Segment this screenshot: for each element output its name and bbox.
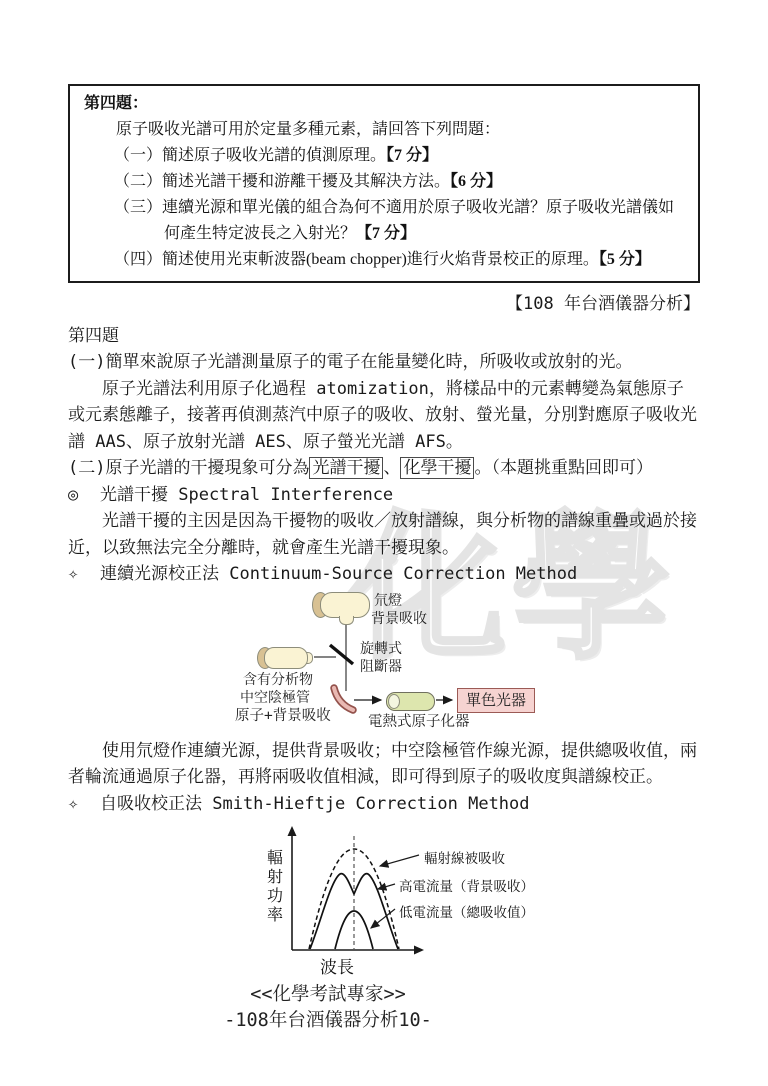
answer-p1-line2: 原子光譜法利用原子化過程 atomization，將樣品中的元素轉變為氣態原子或… — [68, 376, 700, 456]
page-footer: <<化學考試專家>> -108年台酒儀器分析10- — [68, 982, 588, 1034]
hcl-label-line1: 含有分析物 — [243, 672, 313, 688]
diamond-bullet-icon: ✧ — [68, 791, 88, 818]
term-spectral-interference: 光譜干擾 — [309, 457, 383, 479]
atomizer-end-cap — [388, 694, 400, 709]
question-item-4: （四）簡述使用光束斬波器(beam chopper)進行火焰背景校正的原理。【5… — [114, 247, 684, 273]
question-item-1-score: 【7 分】 — [386, 147, 438, 164]
atomizer-label: 電熱式原子化器 — [368, 714, 470, 730]
question-box-intro: 原子吸收光譜可用於定量多種元素，請回答下列問題： — [116, 117, 684, 143]
answer-p4: 使用氘燈作連續光源，提供背景吸收；中空陰極管作線光源，提供總吸收值，兩者輪流通過… — [68, 738, 700, 791]
hcl-label-line3: 原子+背景吸收 — [235, 708, 331, 724]
question-item-1-text: （一）簡述原子吸收光譜的偵測原理。 — [114, 147, 386, 164]
question-item-2-text: （二）簡述光譜干擾和游離干擾及其解決方法。 — [114, 173, 450, 190]
section-continuum-source-title: 連續光源校正法 Continuum-Source Correction Meth… — [100, 564, 577, 584]
document-page: 化學 第四題： 原子吸收光譜可用於定量多種元素，請回答下列問題： （一）簡述原子… — [0, 0, 768, 1086]
question-item-4-text: （四）簡述使用光束斬波器(beam chopper)進行火焰背景校正的原理。 — [114, 251, 599, 268]
double-circle-bullet-icon: ◎ — [68, 482, 88, 509]
section-continuum-source: ✧連續光源校正法 Continuum-Source Correction Met… — [68, 561, 700, 588]
footer-brand: <<化學考試專家>> — [68, 982, 588, 1008]
monochromator-box: 單色光器 — [457, 688, 535, 713]
diamond-bullet-icon: ✧ — [68, 561, 88, 588]
continuum-source-diagram: 氘燈 背景吸收 旋轉式 阻斷器 含有分析物 中空陰極管 原子+背景吸收 電熱式原… — [68, 590, 700, 738]
answer-p2-prefix: (二)原子光譜的干擾現象可分為 — [68, 458, 309, 478]
x-axis-label: 波長 — [320, 953, 354, 978]
bullet-spectral-interference-text: 光譜干擾 Spectral Interference — [100, 485, 393, 505]
rotating-chopper-icon — [330, 645, 353, 664]
plot-drawing — [68, 823, 700, 978]
question-box-title: 第四題： — [84, 91, 684, 117]
high-current-label: 高電流量（背景吸收） — [399, 875, 534, 895]
question-box: 第四題： 原子吸收光譜可用於定量多種元素，請回答下列問題： （一）簡述原子吸收光… — [68, 84, 700, 283]
question-item-3-score: 【7 分】 — [356, 225, 416, 242]
bullet-spectral-interference: ◎光譜干擾 Spectral Interference — [68, 482, 700, 509]
chopper-label-line2: 阻斷器 — [360, 659, 402, 675]
deuterium-lamp-sublabel: 背景吸收 — [371, 611, 427, 627]
chopper-label-line1: 旋轉式 — [360, 641, 402, 657]
section-smith-hieftje: ✧自吸收校正法 Smith-Hieftje Correction Method — [68, 791, 700, 818]
hcl-label-line2: 中空陰極管 — [240, 690, 310, 706]
question-item-1: （一）簡述原子吸收光譜的偵測原理。【7 分】 — [114, 143, 684, 169]
x-axis-arrow-icon — [414, 946, 424, 955]
term-chemical-interference: 化學干擾 — [400, 457, 474, 479]
page-content: 第四題： 原子吸收光譜可用於定量多種元素，請回答下列問題： （一）簡述原子吸收光… — [68, 84, 700, 1034]
question-item-4-score: 【5 分】 — [599, 251, 651, 268]
question-item-2: （二）簡述光譜干擾和游離干擾及其解決方法。【6 分】 — [114, 169, 684, 195]
answer-p2: (二)原子光譜的干擾現象可分為光譜干擾、化學干擾。（本題挑重點回即可） — [68, 455, 700, 482]
question-item-3: （三）連續光源和單光儀的組合為何不適用於原子吸收光譜？原子吸收光譜儀如何產生特定… — [114, 195, 684, 247]
source-attribution: 【108 年台酒儀器分析】 — [68, 291, 700, 317]
low-current-label: 低電流量（總吸收值） — [399, 901, 534, 921]
answer-p3: 光譜干擾的主因是因為干擾物的吸收／放射譜線，與分析物的譜線重疊或過於接近，以致無… — [68, 508, 700, 561]
answer-p1-line1: (一)簡單來說原子光譜測量原子的電子在能量變化時，所吸收或放射的光。 — [68, 349, 700, 376]
section-smith-hieftje-title: 自吸收校正法 Smith-Hieftje Correction Method — [100, 794, 530, 814]
question-item-2-score: 【6 分】 — [450, 173, 502, 190]
answer-heading: 第四題 — [68, 323, 700, 349]
answer-p2-separator: 、 — [383, 458, 400, 478]
hollow-cathode-lamp-icon — [264, 647, 308, 669]
footer-page-id: -108年台酒儀器分析10- — [68, 1008, 588, 1034]
deuterium-lamp-label: 氘燈 — [374, 593, 402, 609]
deuterium-lamp-nozzle — [339, 616, 354, 625]
deuterium-lamp-icon — [320, 592, 370, 618]
answer-p2-suffix: 。（本題挑重點回即可） — [474, 458, 653, 478]
smith-hieftje-plot: 輻射功率 波長 輻射線被吸收 高電流量（背景吸收） 低電流量（總吸收值） — [68, 823, 700, 978]
y-axis-label: 輻射功率 — [264, 848, 286, 924]
dashed-curve-label: 輻射線被吸收 — [424, 847, 505, 867]
